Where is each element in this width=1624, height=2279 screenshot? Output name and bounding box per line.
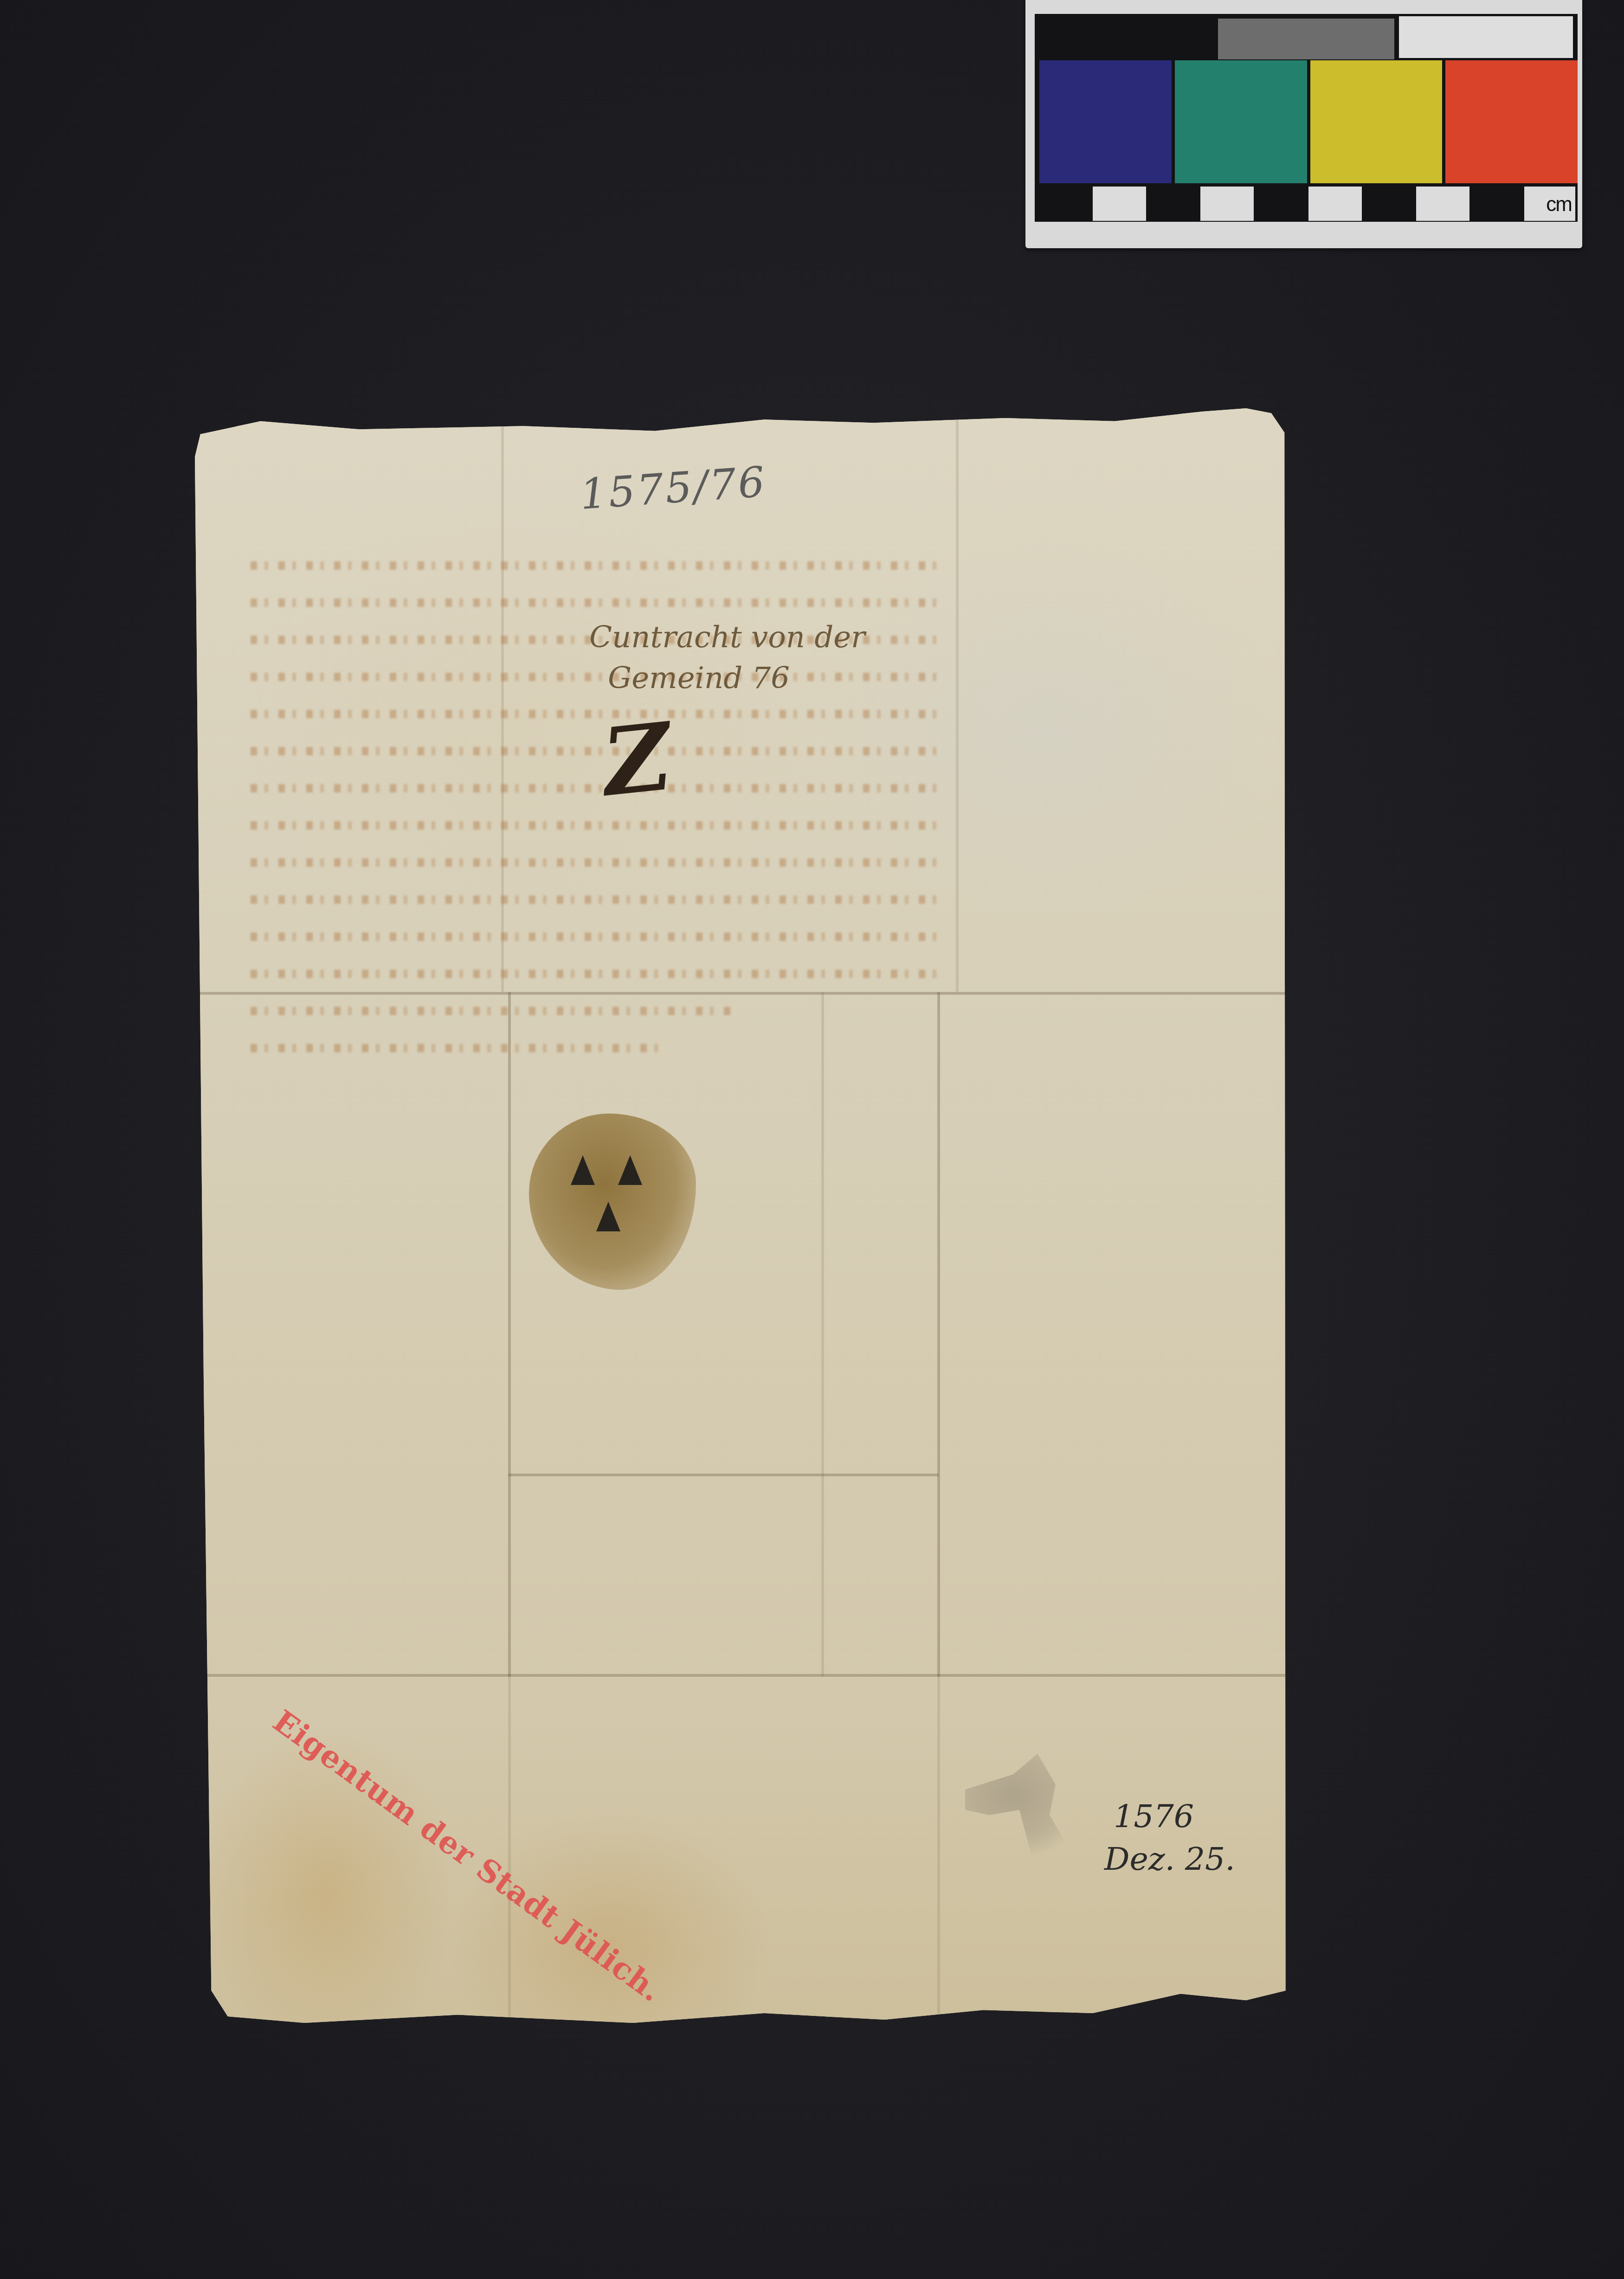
fold-line-vertical-soft [956,408,959,992]
date-note-day: Dez. 25. [1104,1838,1235,1881]
scale-segment [1308,187,1362,221]
date-note-year: 1576 [1104,1796,1235,1838]
color-patch-row [1039,60,1578,183]
fold-line-horizontal [508,1474,939,1476]
seal-marker-triangle-icon [571,1155,595,1185]
pencil-folio-number: 1575/76 [579,457,768,519]
yellow-patch [1310,60,1443,183]
seal-marker-triangle-icon [596,1202,620,1231]
red-patch [1445,60,1578,183]
docket-line-1: Cuntracht von der [589,617,865,658]
docket-initial: Z [598,702,677,818]
water-stain [965,1754,1086,1856]
seal-stain [529,1114,696,1290]
archive-ownership-stamp: Eigentum der Stadt Jülich. [266,1703,669,2009]
fold-line-horizontal [195,1674,1290,1677]
docket-line-2: Gemeind 76 [589,658,865,699]
scale-segment [1200,187,1254,221]
fold-line-vertical-soft [821,992,824,1676]
scale-segment: cm [1524,187,1575,221]
fold-line-vertical [937,992,940,1676]
seal-marker-triangle-icon [618,1155,642,1185]
cm-scale-bar: cm [1039,186,1578,222]
black-patch [1035,14,1218,58]
card-inner-area: cm [1035,14,1578,222]
gray-patch [1218,19,1394,59]
color-calibration-card: cm [1025,0,1582,248]
cm-unit-label: cm [1546,193,1572,216]
scale-segment [1416,187,1469,221]
green-patch [1175,60,1307,183]
blue-patch [1039,60,1172,183]
white-patch [1399,16,1573,58]
fold-line-vertical-soft [508,1674,511,2023]
fold-line-vertical [508,992,511,1676]
docket-note: Cuntracht von der Gemeind 76 [589,617,865,699]
fold-line-vertical-soft [937,1674,940,2023]
letter-dorse: 1575/76 Cuntracht von der Gemeind 76 Z E… [195,408,1290,2023]
scale-segment [1093,187,1146,221]
date-note: 1576 Dez. 25. [1104,1796,1235,1881]
